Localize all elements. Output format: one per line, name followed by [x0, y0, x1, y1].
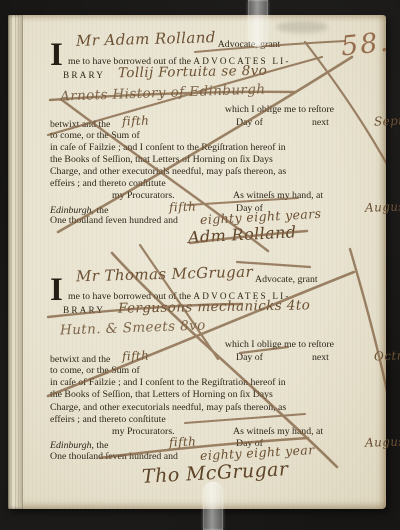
consent-line: Charge, and other executorials needful, …: [50, 402, 360, 414]
oblige-line: which I oblige me to reſtore: [50, 104, 360, 117]
signature-area: Adm Rolland: [50, 228, 360, 250]
oblige-line: which I oblige me to reſtore: [50, 339, 360, 352]
book-title-handwritten: Fergusons mechanicks 4to: [118, 300, 310, 316]
signature-area: Tho McGrugar: [50, 464, 360, 486]
pencil-smudge: [276, 21, 328, 33]
book-title-crossed-out: Arnots History of Edinburgh: [60, 83, 266, 102]
consent-line: effeirs ; and thereto conſtitute: [50, 178, 360, 190]
return-day-handwritten: fifth: [122, 350, 150, 363]
consent-line: the Books of Seſſion, that Letters of Ho…: [50, 154, 360, 166]
drop-cap-initial: I: [50, 273, 66, 307]
consent-line: effeirs ; and thereto conſtitute: [50, 414, 360, 426]
day-of-label: Day of: [236, 352, 263, 364]
next-label: next: [312, 352, 329, 364]
struck-title-line: Hutn. & Smeets 8vo: [50, 322, 360, 339]
borrow-record-1: I Mr Adam Rolland Advocate, grant me to …: [50, 36, 360, 250]
brary-smallcaps: BRARY: [63, 70, 105, 80]
procurators-line: my Procurators. As witneſs my hand, at: [50, 190, 360, 203]
next-label: next: [312, 117, 329, 129]
return-day-handwritten: fifth: [122, 115, 150, 128]
sum-line: to come, or the Sum of: [50, 130, 360, 142]
signature-crossed-out: Tho McGrugar: [142, 463, 289, 483]
signature-crossed-out: Adm Rolland: [188, 227, 297, 245]
page-content: I Mr Adam Rolland Advocate, grant me to …: [50, 33, 360, 486]
struck-title-line: Arnots History of Edinburgh: [50, 87, 360, 104]
borrower-name-handwritten: Mr Thomas McGrugar: [76, 266, 253, 283]
signed-day-handwritten: fifth: [169, 436, 197, 449]
consent-line: in caſe of Failzie ; and I conſent to th…: [50, 142, 360, 154]
consent-line: in caſe of Failzie ; and I conſent to th…: [50, 377, 360, 389]
book-gutter-edge: [8, 15, 23, 509]
witness-label: As witneſs my hand, at: [233, 426, 323, 438]
borrower-line: Mr Adam Rolland Advocate, grant: [50, 36, 360, 55]
page-holder-tab-top: [248, 0, 268, 47]
sum-line: to come, or the Sum of: [50, 365, 360, 377]
betwixt-line: betwixt and the fifth Day of Octr next: [50, 352, 360, 365]
borrow-record-2: I Mr Thomas McGrugar Advocate, grant me …: [50, 271, 360, 485]
printed-advocate-grant: Advocate, grant: [255, 274, 318, 285]
book-title-crossed-out: Hutn. & Smeets 8vo: [60, 320, 206, 337]
day-of-label: Day of: [236, 117, 263, 129]
borrower-name-handwritten: Mr Adam Rolland: [76, 31, 216, 47]
consent-line: the Books of Seſſion, that Letters of Ho…: [50, 389, 360, 401]
drop-cap-initial: I: [50, 38, 66, 72]
consent-line: Charge, and other executorials needful, …: [50, 166, 360, 178]
page-holder-tab-bottom: [203, 482, 223, 530]
return-month-handwritten: Octr: [373, 350, 400, 363]
book-title-handwritten: Tollij Fortuita se 8vo: [118, 65, 267, 80]
procurators-line: my Procurators. As witneſs my hand, at: [50, 426, 360, 439]
witness-label: As witneſs my hand, at: [233, 190, 323, 202]
signed-month-handwritten: August: [364, 200, 400, 214]
register-page: 58. I Mr Adam Rolland Advocate, grant me…: [8, 15, 386, 509]
return-month-handwritten: Septr: [373, 114, 400, 127]
borrower-line: Mr Thomas McGrugar Advocate, grant: [50, 271, 360, 290]
brary-smallcaps: BRARY: [63, 305, 105, 315]
signed-month-handwritten: August: [364, 436, 400, 450]
betwixt-line: betwixt and the fifth Day of Septr next: [50, 117, 360, 130]
signed-day-handwritten: fifth: [169, 200, 197, 213]
